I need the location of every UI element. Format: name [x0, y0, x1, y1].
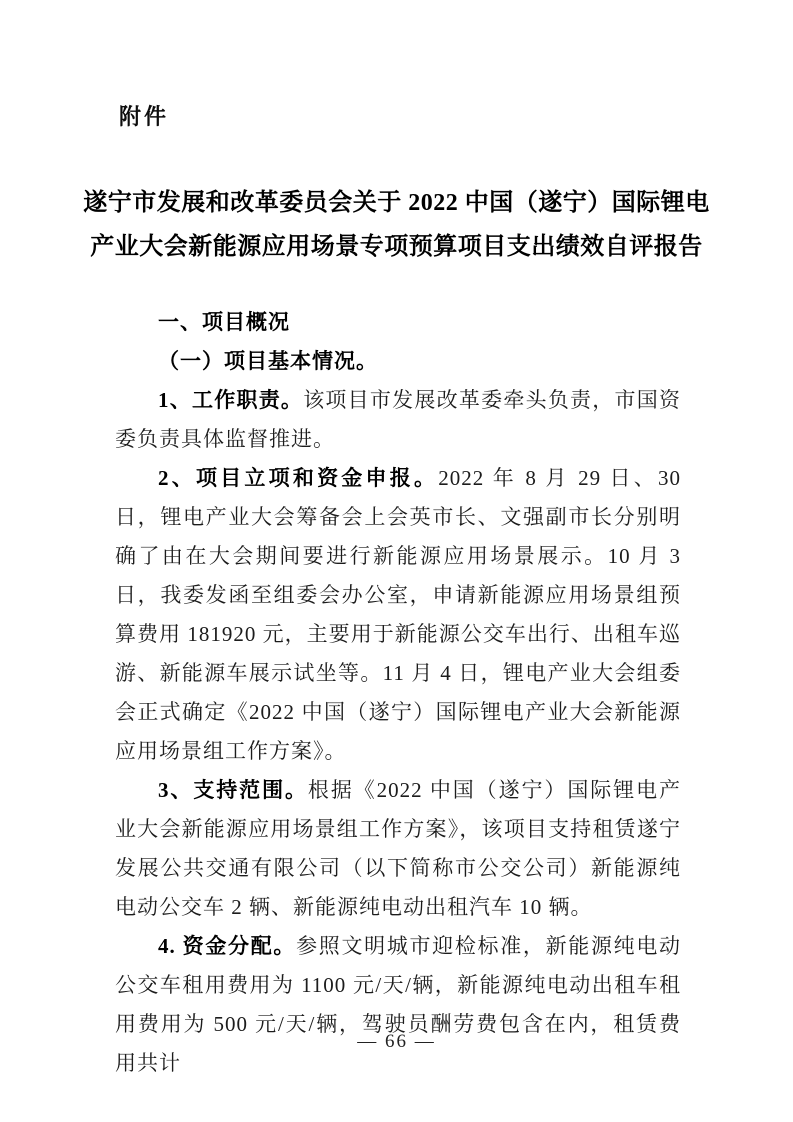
paragraph-work-duties: 1、工作职责。该项目市发展改革委牵头负责，市国资委负责具体监督推进。	[115, 381, 681, 459]
document-title: 遂宁市发展和改革委员会关于 2022 中国（遂宁）国际锂电 产业大会新能源应用场…	[40, 181, 753, 269]
paragraph-fund-allocation: 4. 资金分配。参照文明城市迎检标准，新能源纯电动公交车租用费用为 1100 元…	[115, 927, 681, 1083]
section-heading-project-overview: 一、项目概况	[115, 303, 681, 342]
document-page: 附件 遂宁市发展和改革委员会关于 2022 中国（遂宁）国际锂电 产业大会新能源…	[0, 0, 793, 1122]
document-title-line-2: 产业大会新能源应用场景专项预算项目支出绩效自评报告	[40, 225, 753, 269]
paragraph-project-funding-application: 2、项目立项和资金申报。2022 年 8 月 29 日、30 日，锂电产业大会筹…	[115, 459, 681, 771]
paragraph-project-funding-application-lead: 2、项目立项和资金申报。	[158, 466, 438, 490]
paragraph-support-scope-lead: 3、支持范围。	[158, 778, 308, 802]
document-title-line-1: 遂宁市发展和改革委员会关于 2022 中国（遂宁）国际锂电	[40, 181, 753, 225]
paragraph-fund-allocation-lead: 4. 资金分配。	[158, 934, 296, 958]
subsection-heading-basic-situation: （一）项目基本情况。	[115, 342, 681, 381]
page-number: — 66 —	[0, 1031, 793, 1053]
document-body: 一、项目概况 （一）项目基本情况。 1、工作职责。该项目市发展改革委牵头负责，市…	[115, 303, 681, 1083]
paragraph-project-funding-application-text: 2022 年 8 月 29 日、30 日，锂电产业大会筹备会上会英市长、文强副市…	[115, 466, 681, 763]
paragraph-support-scope: 3、支持范围。根据《2022 中国（遂宁）国际锂电产业大会新能源应用场景组工作方…	[115, 771, 681, 927]
paragraph-work-duties-lead: 1、工作职责。	[158, 388, 303, 412]
page-number-text: — 66 —	[357, 1031, 436, 1052]
attachment-label: 附件	[119, 100, 169, 131]
